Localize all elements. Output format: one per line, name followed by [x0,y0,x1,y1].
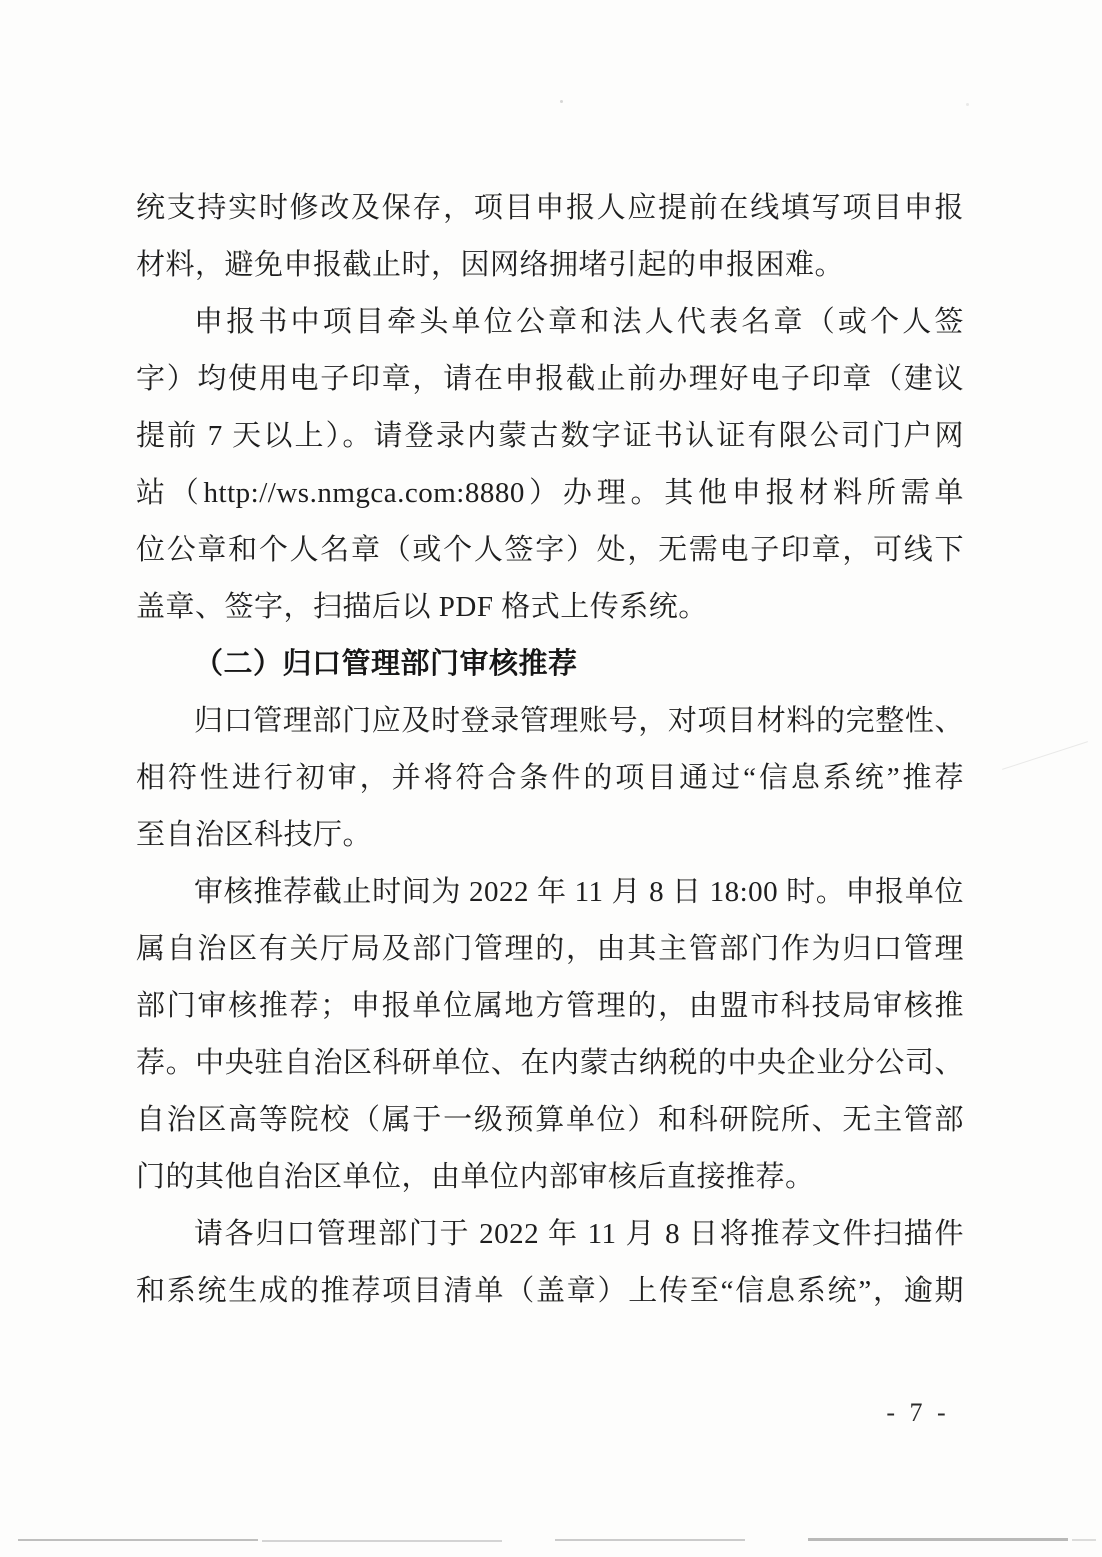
scan-scratch-mark [1002,741,1088,770]
text-block: 统支持实时修改及保存，项目申报人应提前在线填写项目申报材料，避免申报截止时，因网… [136,180,964,1320]
scan-artifact-line [555,1539,745,1541]
scan-speck [560,100,563,103]
text-line: 请各归口管理部门于 2022 年 11 月 8 日将推荐文件扫描件 [136,1206,964,1263]
document-page: 统支持实时修改及保存，项目申报人应提前在线填写项目申报材料，避免申报截止时，因网… [0,0,1102,1557]
text-line: 统支持实时修改及保存，项目申报人应提前在线填写项目申报 [136,180,964,237]
text-line: 站（http://ws.nmgca.com:8880）办理。其他申报材料所需单 [136,465,964,522]
text-line: 荐。中央驻自治区科研单位、在内蒙古纳税的中央企业分公司、 [136,1035,964,1092]
page-number: - 7 - [858,1398,978,1428]
text-line: 属自治区有关厅局及部门管理的，由其主管部门作为归口管理 [136,921,964,978]
text-line: 字）均使用电子印章，请在申报截止前办理好电子印章（建议 [136,351,964,408]
text-line: 门的其他自治区单位，由单位内部审核后直接推荐。 [136,1149,964,1206]
text-line: 自治区高等院校（属于一级预算单位）和科研院所、无主管部 [136,1092,964,1149]
text-line: 盖章、签字，扫描后以 PDF 格式上传系统。 [136,579,964,636]
scan-artifact-line [1072,1539,1096,1541]
text-line: 位公章和个人名章（或个人签字）处，无需电子印章，可线下 [136,522,964,579]
scan-speck [966,103,969,106]
text-line: 相符性进行初审，并将符合条件的项目通过“信息系统”推荐 [136,750,964,807]
text-line: 部门审核推荐；申报单位属地方管理的，由盟市科技局审核推 [136,978,964,1035]
text-line: 归口管理部门应及时登录管理账号，对项目材料的完整性、 [136,693,964,750]
text-line: 审核推荐截止时间为 2022 年 11 月 8 日 18:00 时。申报单位 [136,864,964,921]
text-line: 至自治区科技厅。 [136,807,964,864]
text-line: 和系统生成的推荐项目清单（盖章）上传至“信息系统”，逾期 [136,1263,964,1320]
scan-artifact-line [262,1540,502,1542]
section-heading: （二）归口管理部门审核推荐 [136,636,964,693]
scan-artifact-line [18,1539,258,1541]
text-line: 提前 7 天以上）。请登录内蒙古数字证书认证有限公司门户网 [136,408,964,465]
scan-artifact-line [808,1538,1068,1541]
text-line: 申报书中项目牵头单位公章和法人代表名章（或个人签 [136,294,964,351]
text-line: 材料，避免申报截止时，因网络拥堵引起的申报困难。 [136,237,964,294]
